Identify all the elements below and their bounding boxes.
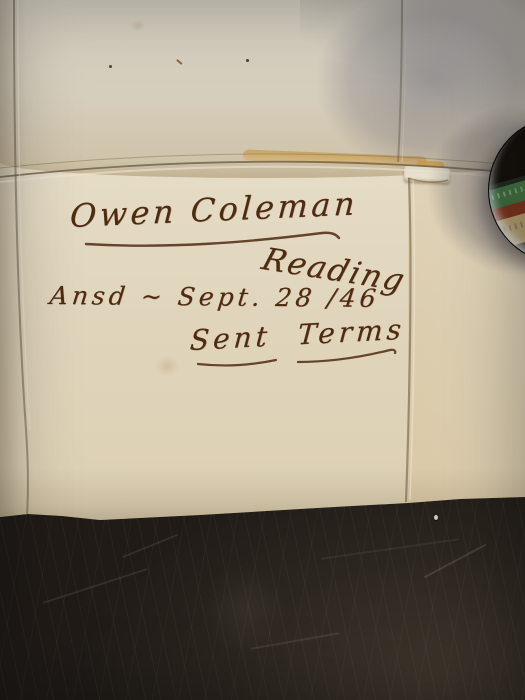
paper-stain — [128, 18, 148, 33]
surface-smudge — [185, 545, 305, 675]
lens-reflection-text — [491, 155, 525, 200]
paper-left-fold-shade — [0, 0, 26, 518]
handwritten-date: Ansd ~ Sept. 28 /46 — [48, 281, 381, 313]
lens-reflection-text — [491, 190, 525, 236]
paper-speck — [246, 59, 249, 62]
paper-speck — [109, 65, 112, 68]
letter-photograph: Owen Coleman Reading Ansd ~ Sept. 28 /46… — [0, 0, 525, 700]
fold-tear — [404, 166, 451, 183]
surface-speck — [434, 515, 438, 520]
lens-reflection-stripe-red — [488, 162, 525, 231]
paper-stain — [150, 352, 184, 380]
